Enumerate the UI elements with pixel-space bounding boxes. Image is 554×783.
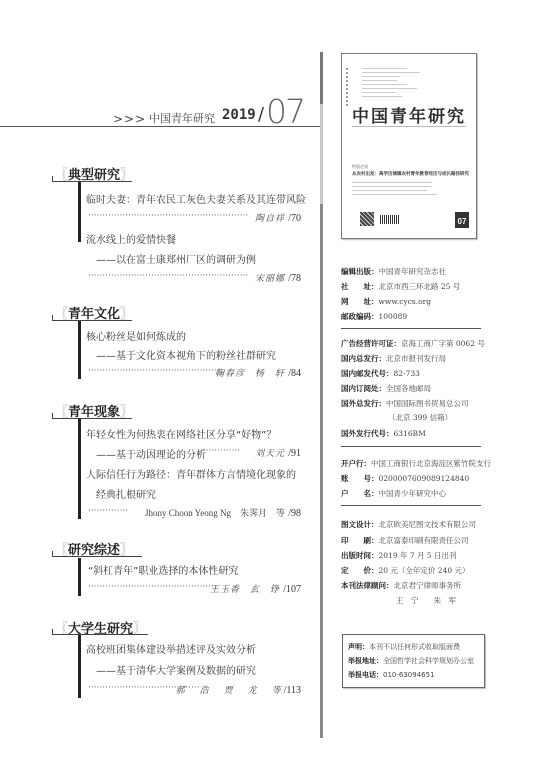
column-divider <box>320 204 323 738</box>
section-underline <box>52 418 132 419</box>
article-title[interactable]: 人际信任行为路径：青年群体方言情境化现象的 <box>86 466 296 481</box>
section-underline <box>52 181 132 182</box>
imprint-postal-code: 国内邮发代号：82-733 <box>341 370 420 378</box>
cover-text-line <box>362 76 400 77</box>
cover-text-line <box>362 72 420 73</box>
section-tick <box>52 315 53 321</box>
cover-text-line <box>352 182 432 183</box>
cover-text-line <box>362 68 407 69</box>
section-bar <box>78 419 81 519</box>
cover-text-line <box>352 194 437 195</box>
cover-text-line <box>362 80 397 81</box>
notice-report-address: 举报地址：全国哲学社会科学规划办公室 <box>348 658 474 665</box>
article-page: 70 <box>291 213 301 224</box>
section-bar <box>78 635 81 698</box>
article-authors: 郝 浩 贾 龙 等 <box>176 686 284 696</box>
article-authors: 王玉香 玄 铮 <box>210 585 280 595</box>
divider <box>341 505 481 506</box>
article-page: 113 <box>286 685 301 696</box>
cover-thumbnail: 中国青年研究 特别企划 从农村出发：高学历城镇农村青年教育经历与成长路径研究 0… <box>341 53 477 239</box>
article-page: 98 <box>291 508 301 519</box>
section-bar <box>78 558 81 596</box>
cover-text-line <box>352 186 432 187</box>
section-bar <box>78 182 81 242</box>
imprint-website: 网 址：www.cycs.org <box>341 298 431 306</box>
imprint-account: 账 号：0200007609089124840 <box>341 475 469 483</box>
notice-box: 声明：本刊不以任何形式收取版面费 举报地址：全国哲学社会科学规划办公室 举报电话… <box>342 634 485 688</box>
imprint-printer: 印 刷：北京富泰印刷有限责任公司 <box>341 537 469 545</box>
header-chevrons: >>> <box>113 112 146 126</box>
imprint-price: 定 价：20 元（全年定价 240 元） <box>341 567 470 575</box>
article-page: 84 <box>291 368 301 379</box>
divider <box>341 446 481 447</box>
cover-logo: 中国青年研究 <box>342 102 476 127</box>
cover-feature-label: 特别企划 <box>352 164 368 170</box>
cover-issue-badge: 07 <box>455 212 469 228</box>
article-authors: 陶自祥 <box>255 214 285 224</box>
article-authors: 宋丽娜 <box>255 274 285 284</box>
article-title[interactable]: 流水线上的爱情快餐 <box>86 231 176 246</box>
article-page: 107 <box>286 584 301 595</box>
section-tick <box>52 413 53 419</box>
issue-year: 2019 <box>222 107 256 123</box>
imprint-ad-license: 广告经营许可证：京海工商广字第 0062 号 <box>341 340 485 348</box>
column-divider-light <box>320 104 323 204</box>
cover-text-line <box>362 92 395 93</box>
section-tick <box>52 629 53 635</box>
imprint-domestic-distributor: 国内总发行：北京市报刊发行局 <box>341 355 446 363</box>
article-subtitle: ——以在富士康郑州厂区的调研为例 <box>96 251 256 266</box>
cover-headline: 从农村出发：高学历城镇农村青年教育经历与成长路径研究 <box>352 171 469 177</box>
cover-text-line <box>362 84 407 85</box>
article-title[interactable]: “斜杠青年”职业选择的本体性研究 <box>88 562 238 577</box>
article-title[interactable]: 高校班团集体建设举措述评及实效分析 <box>86 641 256 656</box>
imprint-design: 图文设计：北京欧美尼图文技术有限公司 <box>341 521 476 529</box>
issue-slash: / <box>258 104 264 125</box>
cover-text-line <box>362 96 402 97</box>
header-rule <box>0 126 322 127</box>
article-title[interactable]: 临时夫妻：青年农民工灰色夫妻关系及其连带风险 <box>86 191 306 206</box>
article-subtitle: ——基于动因理论的分析 <box>96 446 206 461</box>
imprint-account-name: 户 名：中国青少年研究中心 <box>341 490 446 498</box>
cover-bracket-rule <box>352 126 466 131</box>
article-subtitle: ——基于清华大学案例及数据的研究 <box>96 662 256 677</box>
imprint-publisher: 编辑出版：中国青年研究杂志社 <box>341 268 446 276</box>
imprint-lawyers: 王 宁 朱 军 <box>396 597 456 605</box>
qr-code-icon <box>360 212 374 226</box>
imprint-postcode: 邮政编码：100089 <box>341 313 407 321</box>
imprint-foreign-code: 国外发行代号：6316BM <box>341 430 426 438</box>
imprint-address: 社 址：北京市西三环北路 25 号 <box>341 283 460 291</box>
imprint-foreign-distributor: 国外总发行：中国国际图书贸易总公司 <box>341 400 469 408</box>
section-tick <box>52 551 53 557</box>
article-title[interactable]: 年轻女性为何热衷在网络社区分享“好物”？ <box>86 426 276 441</box>
journal-title: 中国青年研究 <box>149 110 215 126</box>
article-authors: 鞠春彦 杨 轩 <box>215 369 285 379</box>
divider <box>341 328 481 329</box>
section-tick <box>52 176 53 182</box>
article-page: 91 <box>291 448 301 459</box>
imprint-bank: 开户行：中国工商银行北京海淀区紫竹院支行 <box>341 460 491 468</box>
notice-report-phone: 举报电话：010-63094651 <box>348 672 435 679</box>
article-authors: Jhony Choon Yeong Ng 朱霁月 等 <box>145 508 285 518</box>
column-divider <box>320 52 323 104</box>
barcode-icon <box>380 215 400 224</box>
article-subtitle: 经典扎根研究 <box>96 486 156 501</box>
notice-statement: 声明：本刊不以任何形式收取版面费 <box>348 644 460 651</box>
article-page: 78 <box>291 273 301 284</box>
section-underline <box>52 320 132 321</box>
section-bar <box>78 321 81 379</box>
imprint-po-box: （北京 399 信箱） <box>388 414 452 422</box>
imprint-publish-date: 出版时间：2019 年 7 月 5 日出刊 <box>341 552 457 560</box>
imprint-subscription: 国内订阅处：全国各地邮局 <box>341 385 431 393</box>
cover-text-line <box>362 88 417 89</box>
section-underline <box>52 634 148 635</box>
article-authors: 刘天元 <box>255 449 285 459</box>
cover-text-line <box>352 190 427 191</box>
article-title[interactable]: 核心粉丝是如何炼成的 <box>86 328 186 343</box>
imprint-legal-counsel: 本刊法律顾问：北京君宁律师事务所 <box>341 582 461 590</box>
section-underline <box>52 556 142 557</box>
article-subtitle: ——基于文化资本视角下的粉丝社群研究 <box>96 347 276 362</box>
